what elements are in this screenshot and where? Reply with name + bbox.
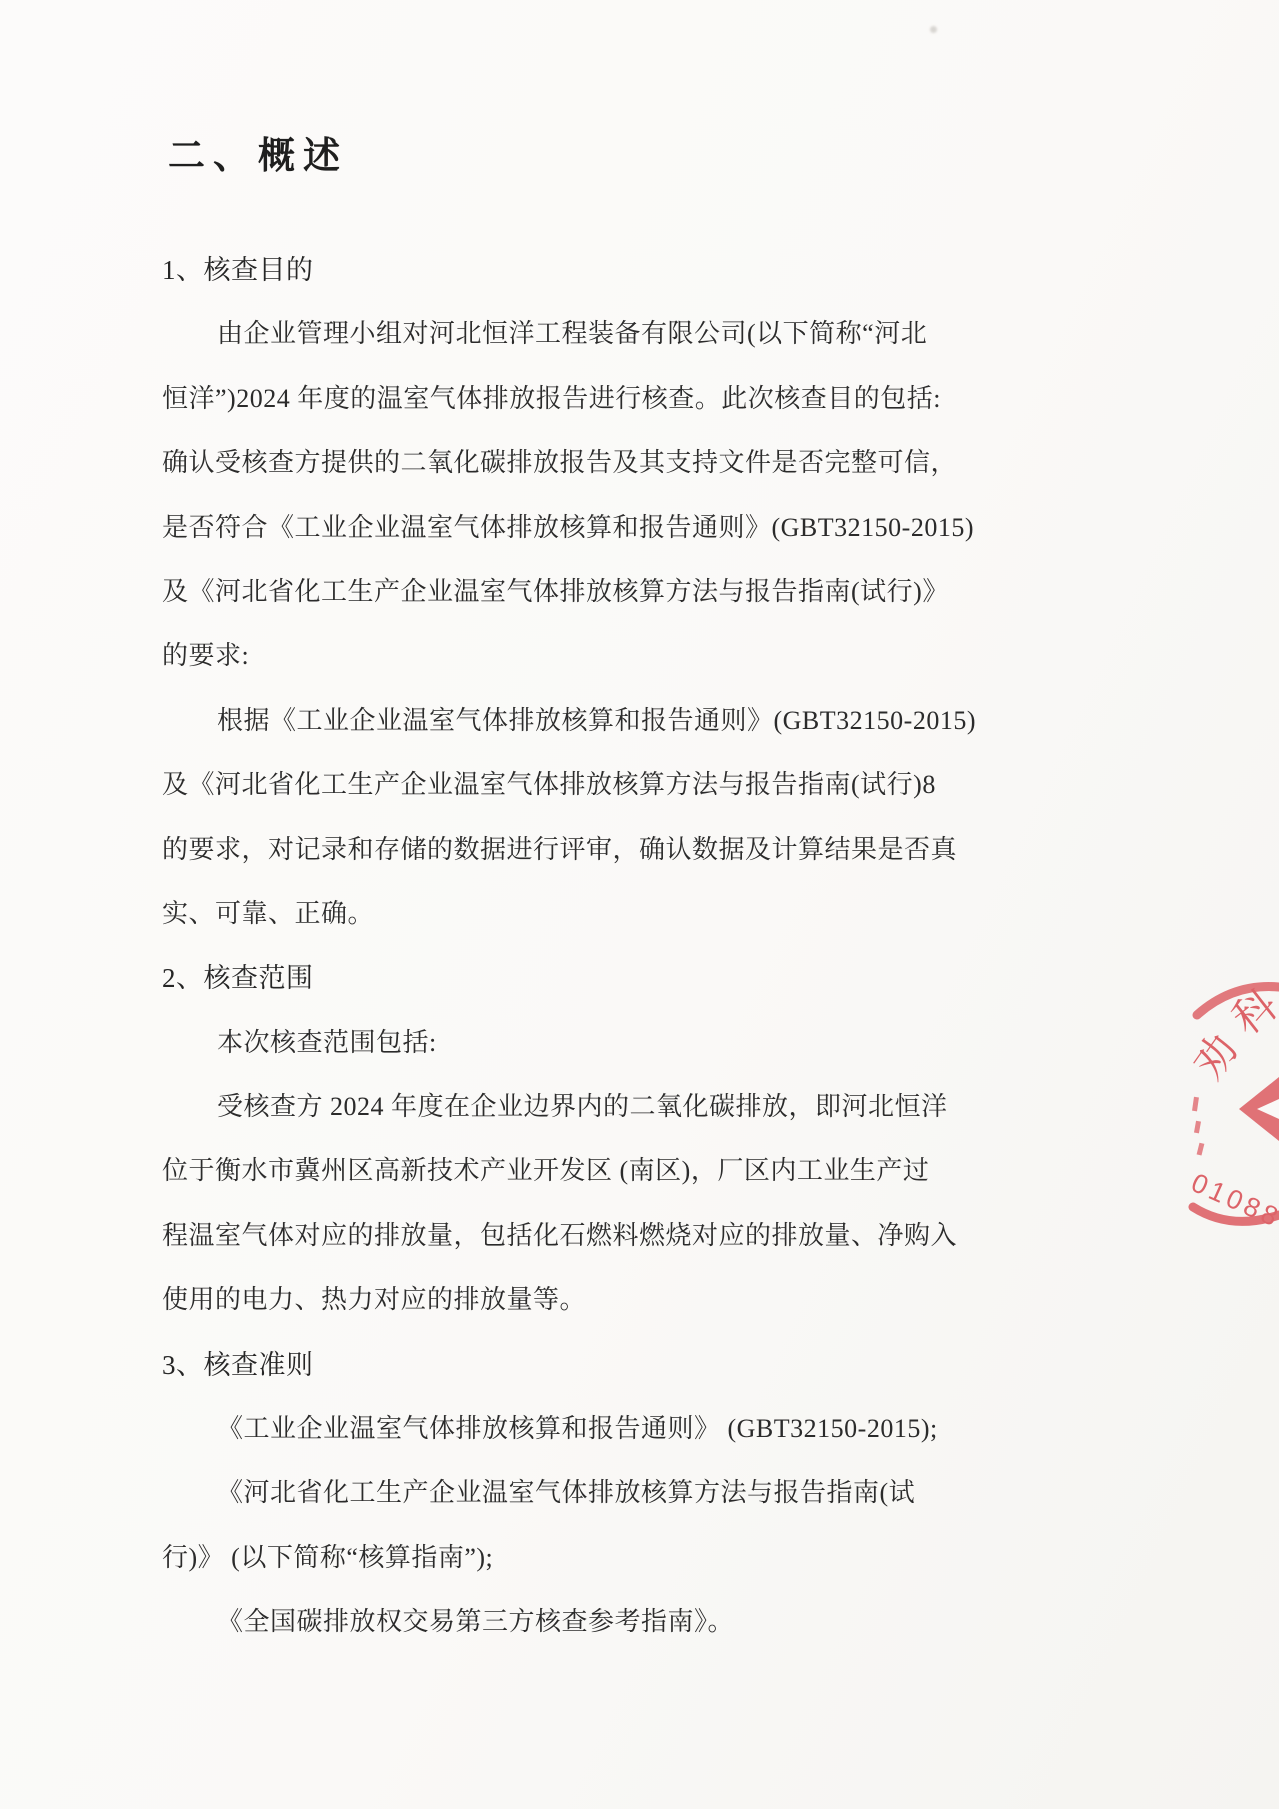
stamp-dash-mark [1192, 1097, 1199, 1112]
text-line: 《河北省化工生产企业温室气体排放核算方法与报告指南(试 [162, 1461, 952, 1525]
scan-artifact-dot [930, 26, 937, 33]
text-line: 恒洋”)2024 年度的温室气体排放报告进行核查。此次核查目的包括: [162, 367, 952, 431]
text-line: 的要求，对记录和存储的数据进行评审，确认数据及计算结果是否真 [162, 818, 952, 882]
text-line: 的要求: [162, 624, 952, 688]
stamp-dash-mark [1197, 1143, 1205, 1156]
section-title-line: 3、核查准则 [162, 1333, 952, 1397]
text-line: 根据《工业企业温室气体排放核算和报告通则》(GBT32150-2015) [162, 689, 952, 753]
text-line: 确认受核查方提供的二氧化碳排放报告及其支持文件是否完整可信， [162, 431, 952, 495]
text-line: 及《河北省化工生产企业温室气体排放核算方法与报告指南(试行)8 [162, 753, 952, 817]
text-line: 是否符合《工业企业温室气体排放核算和报告通则》(GBT32150-2015) [162, 496, 952, 560]
section-title-line: 1、核查目的 [162, 238, 952, 302]
text-line: 由企业管理小组对河北恒洋工程装备有限公司(以下简称“河北 [162, 302, 952, 366]
document-page: 二、概述 1、核查目的由企业管理小组对河北恒洋工程装备有限公司(以下简称“河北恒… [0, 0, 1279, 1809]
text-line: 使用的电力、热力对应的排放量等。 [162, 1268, 952, 1332]
text-line: 及《河北省化工生产企业温室气体排放核算方法与报告指南(试行)》 [162, 560, 952, 624]
text-line: 位于衡水市冀州区高新技术产业开发区 (南区)，厂区内工业生产过 [162, 1139, 952, 1203]
text-line: 受核查方 2024 年度在企业边界内的二氧化碳排放，即河北恒洋 [162, 1075, 952, 1139]
text-line: 本次核查范围包括: [162, 1011, 952, 1075]
text-line: 实、可靠、正确。 [162, 882, 952, 946]
section-title-line: 2、核查范围 [162, 946, 952, 1010]
stamp-dash-mark [1194, 1121, 1201, 1134]
document-body: 1、核查目的由企业管理小组对河北恒洋工程装备有限公司(以下简称“河北恒洋”)20… [162, 238, 952, 1655]
text-line: 《全国碳排放权交易第三方核查参考指南》。 [162, 1590, 952, 1654]
page-title: 二、概述 [168, 130, 348, 182]
red-seal-stamp: 科 劝 01088 [1185, 975, 1279, 1245]
text-line: 程温室气体对应的排放量，包括化石燃料燃烧对应的排放量、净购入 [162, 1204, 952, 1268]
text-line: 行)》 (以下简称“核算指南”); [162, 1526, 952, 1590]
text-line: 《工业企业温室气体排放核算和报告通则》 (GBT32150-2015); [162, 1397, 952, 1461]
stamp-character-bottom: 劝 [1185, 1026, 1247, 1087]
